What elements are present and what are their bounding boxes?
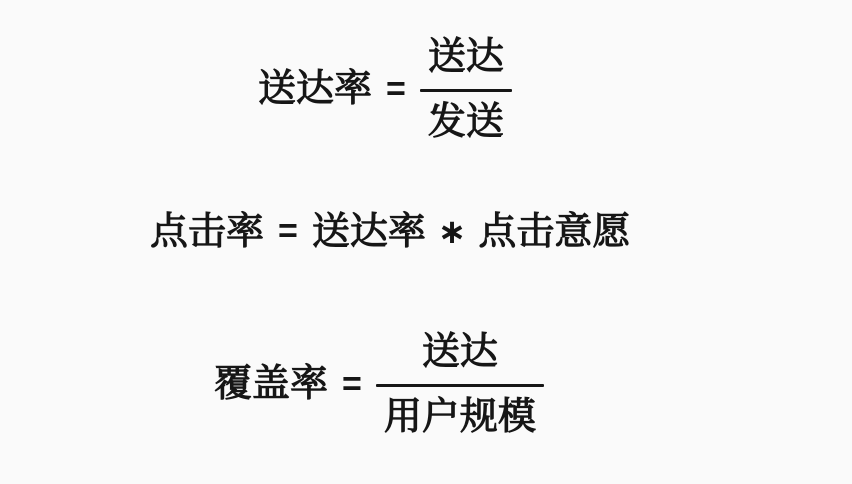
fraction-numerator: 送达 xyxy=(420,37,512,89)
delivery-rate-fraction: 送达 发送 xyxy=(420,37,512,144)
coverage-rate-fraction: 送达 用户规模 xyxy=(376,332,544,439)
equals-sign: = xyxy=(386,71,406,108)
coverage-rate-lhs: 覆盖率 xyxy=(214,364,328,406)
formula-click-rate: 点击率 = 送达率 ∗ 点击意愿 xyxy=(150,212,630,254)
equals-sign: = xyxy=(278,213,298,250)
click-rate-lhs: 点击率 xyxy=(150,212,264,254)
formula-coverage-rate: 覆盖率 = 送达 用户规模 xyxy=(214,332,544,439)
fraction-denominator: 发送 xyxy=(420,92,512,144)
click-rate-term-delivery: 送达率 xyxy=(312,212,426,254)
fraction-denominator: 用户规模 xyxy=(376,387,544,439)
delivery-rate-lhs: 送达率 xyxy=(258,69,372,111)
equals-sign: = xyxy=(342,366,362,403)
click-rate-term-intent: 点击意愿 xyxy=(478,212,630,254)
fraction-numerator: 送达 xyxy=(414,332,506,384)
formula-delivery-rate: 送达率 = 送达 发送 xyxy=(258,37,512,144)
multiply-operator: ∗ xyxy=(438,214,467,251)
